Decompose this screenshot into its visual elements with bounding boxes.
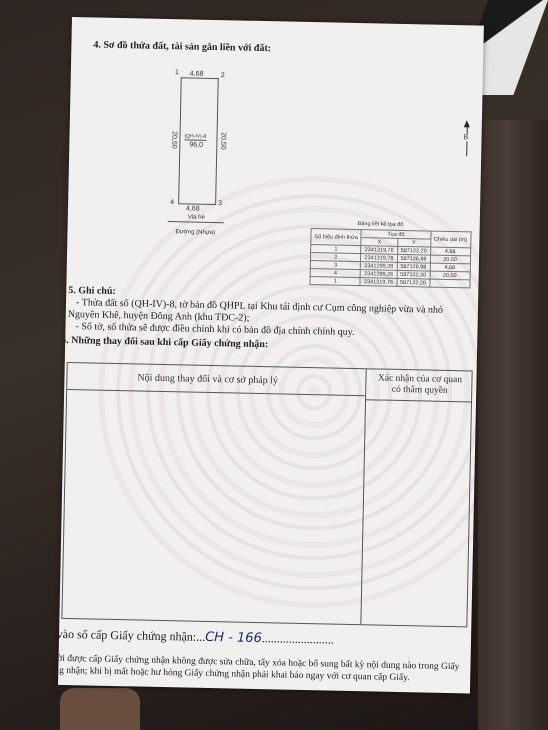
cell-y: 587122,20: [396, 278, 429, 287]
corner-2: 2: [221, 72, 225, 79]
cell-point: 1: [310, 277, 361, 286]
changes-table: Nội dung thay đổi và cơ sở pháp lý Xác n…: [61, 362, 472, 627]
finger: [60, 688, 140, 730]
corner-4: 4: [170, 199, 174, 206]
cell-length: [429, 279, 469, 288]
registry-number-line: Số vào sổ cấp Giấy chứng nhận:...CH - 16…: [58, 626, 334, 647]
certificate-notice: Người được cấp Giấy chứng nhận không đượ…: [58, 652, 461, 685]
section4-title: 4. Sơ đồ thửa đất, tài sản gắn liền với …: [93, 39, 271, 54]
header-divider: [67, 389, 365, 396]
coords-table: Số hiệu đỉnh thửa Tọa độ Chiều dài (m) X…: [309, 228, 471, 288]
registry-number: CH - 166: [205, 630, 262, 646]
cell-x: 2341319,76: [360, 278, 396, 287]
left-edge-length: 20,50: [170, 131, 177, 149]
parcel-id: (QH-IV)-8: [184, 133, 206, 140]
right-edge-length: 20,50: [219, 132, 226, 150]
column-divider: [360, 369, 366, 624]
corner-3: 3: [218, 200, 222, 207]
bottom-edge-length: 4,68: [186, 205, 200, 212]
section6-title: 6. Những thay đổi sau khi cấp Giấy chứng…: [61, 335, 268, 350]
header-length: Chiều dài (m): [430, 231, 470, 248]
parcel-area: 96,0: [189, 141, 203, 148]
header-divider: [365, 399, 471, 402]
header-change-content: Nội dung thay đổi và cơ sở pháp lý: [137, 372, 278, 386]
top-edge-length: 4,68: [190, 70, 204, 77]
section5-title: 5. Ghi chú:: [68, 285, 116, 297]
registry-dots: ........................: [262, 631, 334, 647]
north-label: B: [463, 134, 468, 141]
land-certificate-page: 4. Sơ đồ thửa đất, tài sản gắn liền với …: [58, 17, 484, 693]
header-point: Số hiệu đỉnh thửa: [311, 229, 362, 246]
registry-label: Số vào sổ cấp Giấy chứng nhận:...: [58, 626, 205, 643]
corner-1: 1: [175, 69, 179, 76]
road-label: Đường (Nhựa): [175, 229, 215, 236]
header-authority-confirmation: Xác nhận của cơ quan có thẩm quyền: [372, 373, 467, 397]
sidewalk-label: Vỉa hè: [188, 214, 205, 220]
plot-diagram: 1 2 3 4 4,68 4,68 20,50 20,50 (QH-IV)-8 …: [72, 17, 484, 26]
wooden-furniture-background: [478, 120, 548, 730]
road-line: [168, 221, 224, 223]
coords-table-title: Bảng liệt kê tọa độ: [358, 221, 404, 228]
